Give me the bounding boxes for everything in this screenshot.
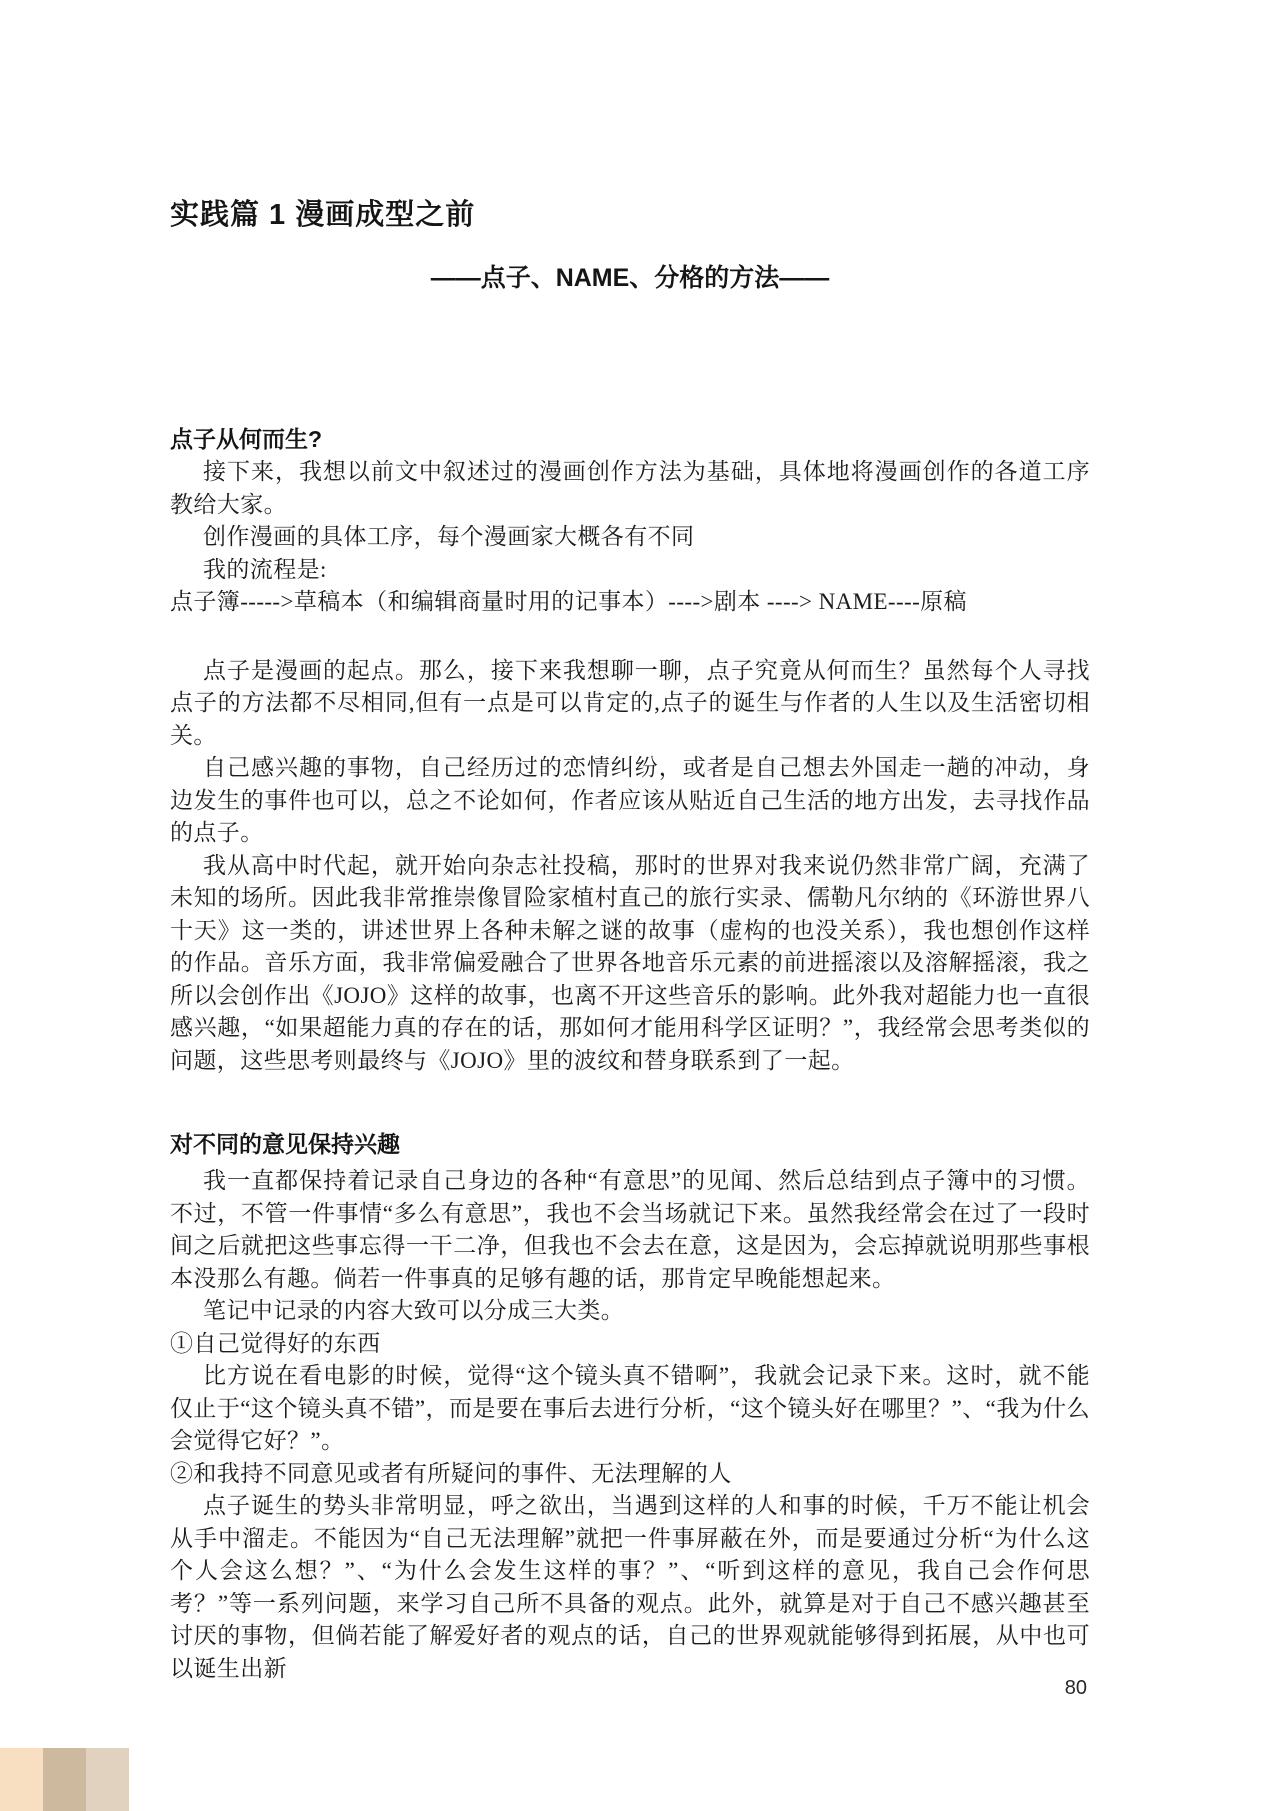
- book-page: 实践篇 1 漫画成型之前 ——点子、NAME、分格的方法—— 点子从何而生? 接…: [0, 0, 1280, 1811]
- footer-color-swatches: [0, 1748, 129, 1811]
- paragraph: 比方说在看电影的时候，觉得“这个镜头真不错啊”，我就会记录下来。这时，就不能仅止…: [170, 1360, 1090, 1458]
- color-swatch: [86, 1748, 129, 1811]
- color-swatch: [0, 1748, 43, 1811]
- paragraph: 点子诞生的势头非常明显，呼之欲出，当遇到这样的人和事的时候，千万不能让机会从手中…: [170, 1490, 1090, 1685]
- paragraph: 自己感兴趣的事物，自己经历过的恋情纠纷，或者是自己想去外国走一趟的冲动，身边发生…: [170, 752, 1090, 850]
- page-title: 实践篇 1 漫画成型之前: [170, 194, 1090, 236]
- list-item-2: ②和我持不同意见或者有所疑问的事件、无法理解的人: [170, 1458, 1090, 1491]
- page-content: 实践篇 1 漫画成型之前 ——点子、NAME、分格的方法—— 点子从何而生? 接…: [170, 0, 1090, 1685]
- color-swatch: [43, 1748, 86, 1811]
- paragraph: 我的流程是:: [170, 554, 1090, 587]
- page-number: 80: [1065, 1676, 1087, 1700]
- paragraph: 我一直都保持着记录自己身边的各种“有意思”的见闻、然后总结到点子簿中的习惯。不过…: [170, 1165, 1090, 1295]
- workflow-line: 点子簿----->草稿本（和编辑商量时用的记事本）---->剧本 ----> N…: [170, 586, 1090, 619]
- paragraph: 创作漫画的具体工序，每个漫画家大概各有不同: [170, 521, 1090, 554]
- list-item-1: ①自己觉得好的东西: [170, 1328, 1090, 1361]
- paragraph: 接下来，我想以前文中叙述过的漫画创作方法为基础，具体地将漫画创作的各道工序教给大…: [170, 456, 1090, 521]
- section-heading-keep-interest: 对不同的意见保持兴趣: [170, 1127, 1090, 1161]
- section-heading-ideas-origin: 点子从何而生?: [170, 422, 1090, 456]
- paragraph: 我从高中时代起，就开始向杂志社投稿，那时的世界对我来说仍然非常广阔，充满了未知的…: [170, 850, 1090, 1078]
- paragraph: 点子是漫画的起点。那么，接下来我想聊一聊，点子究竟从何而生？虽然每个人寻找点子的…: [170, 655, 1090, 753]
- page-subtitle: ——点子、NAME、分格的方法——: [170, 260, 1090, 296]
- paragraph: 笔记中记录的内容大致可以分成三大类。: [170, 1295, 1090, 1328]
